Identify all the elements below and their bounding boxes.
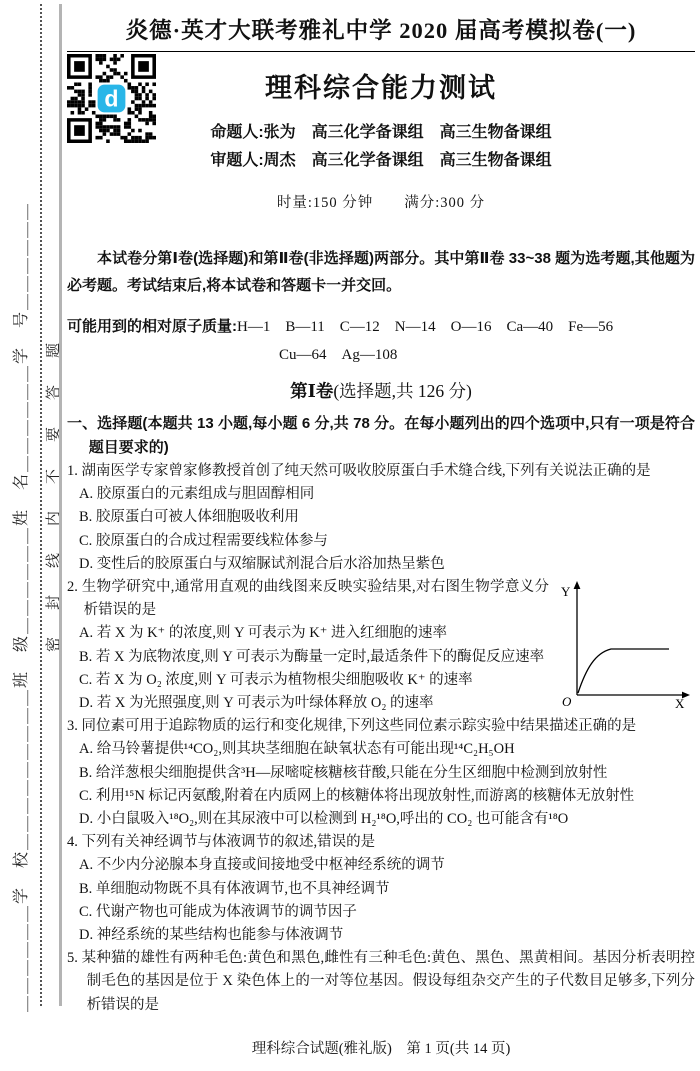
seal-solid-line [59, 4, 62, 1006]
question-4-option-d: D. 神经系统的某些结构也能参与体液调节 [79, 924, 695, 947]
header-block: 理科综合能力测试 命题人:张为 高三化学备课组 高三生物备课组 审题人:周杰 高… [67, 66, 695, 212]
y-axis-label: Y [561, 584, 571, 599]
question-1: 1. 湖南医学专家曾家修教授首创了纯天然可吸收胶原蛋白手术缝合线,下列有关说法正… [67, 460, 695, 576]
question-3-option-d: D. 小白鼠吸入¹⁸O₂,则在其尿液中可以检测到 H₂¹⁸O,呼出的 CO₂ 也… [79, 808, 695, 831]
atomic-masses-values: H—1 B—11 C—12 N—14 O—16 Ca—40 Fe—56 [237, 319, 613, 335]
qr-code-icon: d [67, 54, 156, 143]
duration-score-line: 时量:150 分钟 满分:300 分 [67, 191, 695, 212]
question-5: 5. 某种猫的雄性有两种毛色:黄色和黑色,雌性有三种毛色:黄色、黑色、黑黄相间。… [67, 947, 695, 1017]
x-axis-label: X [675, 696, 685, 708]
question-3: 3. 同位素可用于追踪物质的运行和变化规律,下列这些同位素示踪实验中结果描述正确… [67, 715, 695, 831]
saturation-curve-figure: Y X O [557, 578, 695, 708]
question-4-option-b: B. 单细胞动物既不具有体液调节,也不具神经调节 [79, 878, 695, 901]
question-3-option-b: B. 给洋葱根尖细胞提供含³H—尿嘧啶核糖核苷酸,只能在分生区细胞中检测到放射性 [79, 762, 695, 785]
question-1-option-b: B. 胶原蛋白可被人体细胞吸收利用 [79, 506, 695, 529]
question-4-option-c: C. 代谢产物也可能成为体液调节的调节因子 [79, 901, 695, 924]
exam-paper-page: ＿＿＿＿＿＿学 校＿＿＿＿＿＿＿＿＿班 级＿＿＿＿＿＿姓 名＿＿＿＿＿＿学 号＿… [0, 0, 700, 1071]
atomic-masses-line1: 可能用到的相对原子质量:H—1 B—11 C—12 N—14 O—16 Ca—4… [67, 313, 695, 341]
question-2: Y X O 2. 生物学研究中,通常用直观的曲线图来反映实验结果,对右图生物学意… [67, 576, 695, 715]
multiple-choice-heading: 一、选择题(本题共 13 小题,每小题 6 分,共 78 分。在每小题列出的四个… [67, 412, 695, 460]
exam-content: 炎德·英才大联考雅礼中学 2020 届高考模拟卷(一) d 理科综合能力测试 命… [67, 0, 695, 1058]
question-3-stem: 3. 同位素可用于追踪物质的运行和变化规律,下列这些同位素示踪实验中结果描述正确… [67, 715, 695, 738]
origin-label: O [562, 694, 572, 708]
question-4-option-a: A. 不少内分泌腺本身直接或间接地受中枢神经系统的调节 [79, 854, 695, 877]
exam-title: 炎德·英才大联考雅礼中学 2020 届高考模拟卷(一) [67, 13, 695, 45]
qr-logo-glyph: d [104, 86, 118, 112]
question-5-stem: 5. 某种猫的雄性有两种毛色:黄色和黑色,雌性有三种毛色:黄色、黑色、黑黄相间。… [67, 947, 695, 1017]
question-1-option-a: A. 胶原蛋白的元素组成与胆固醇相同 [79, 483, 695, 506]
question-4: 4. 下列有关神经调节与体液调节的叙述,错误的是 A. 不少内分泌腺本身直接或间… [67, 831, 695, 947]
seal-sidebar: ＿＿＿＿＿＿学 校＿＿＿＿＿＿＿＿＿班 级＿＿＿＿＿＿姓 名＿＿＿＿＿＿学 号＿… [0, 0, 64, 1071]
student-info-fields: ＿＿＿＿＿＿学 校＿＿＿＿＿＿＿＿＿班 级＿＿＿＿＿＿姓 名＿＿＿＿＿＿学 号＿… [8, 87, 31, 1012]
question-4-stem: 4. 下列有关神经调节与体液调节的叙述,错误的是 [67, 831, 695, 854]
question-1-option-c: C. 胶原蛋白的合成过程需要线粒体参与 [79, 530, 695, 553]
title-divider [67, 51, 695, 52]
setter-line: 命题人:张为 高三化学备课组 高三生物备课组 [67, 119, 695, 147]
reviewer-line: 审题人:周杰 高三化学备课组 高三生物备课组 [67, 147, 695, 175]
question-1-stem: 1. 湖南医学专家曾家修教授首创了纯天然可吸收胶原蛋白手术缝合线,下列有关说法正… [67, 460, 695, 483]
page-footer: 理科综合试题(雅礼版) 第 1 页(共 14 页) [67, 1037, 695, 1058]
question-1-option-d: D. 变性后的胶原蛋白与双缩脲试剂混合后水浴加热呈紫色 [79, 553, 695, 576]
exam-notice: 本试卷分第Ⅰ卷(选择题)和第Ⅱ卷(非选择题)两部分。其中第Ⅱ卷 33~38 题为… [67, 245, 695, 299]
question-3-option-c: C. 利用¹⁵N 标记丙氨酸,附着在内质网上的核糖体将出现放射性,而游离的核糖体… [79, 785, 695, 808]
section1-title: 第Ⅰ卷(选择题,共 126 分) [67, 378, 695, 403]
question-3-option-a: A. 给马铃薯提供¹⁴CO₂,则其块茎细胞在缺氧状态有可能出现¹⁴C₂H₅OH [79, 738, 695, 761]
atomic-masses-line2: Cu—64 Ag—108 [279, 341, 695, 369]
atomic-masses-label: 可能用到的相对原子质量: [67, 318, 237, 335]
exam-subtitle: 理科综合能力测试 [67, 66, 695, 105]
